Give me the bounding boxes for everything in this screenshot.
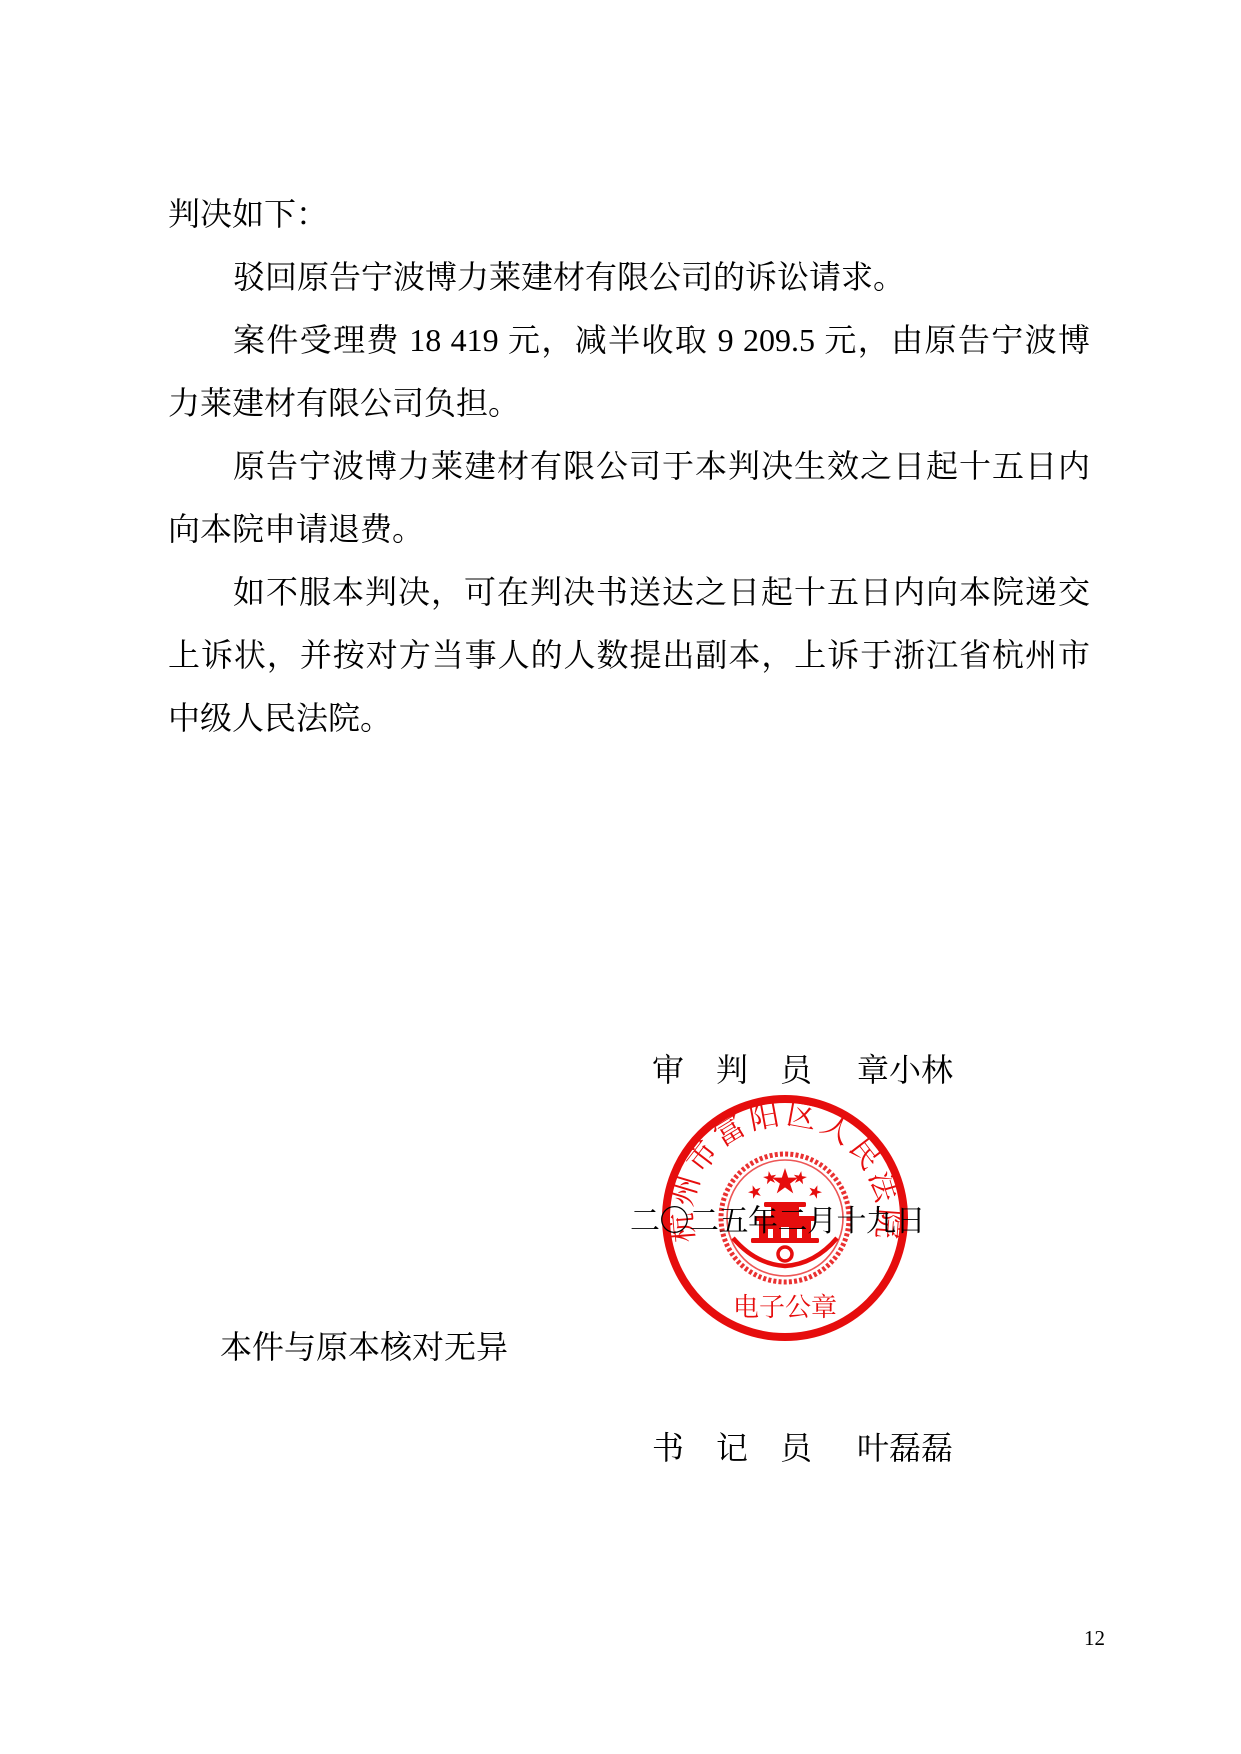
judgment-date: 二〇二五年二月十九日	[630, 1196, 925, 1240]
clerk-label: 书 记 员	[652, 1430, 812, 1466]
body-line: 力莱建材有限公司负担。	[168, 372, 1090, 435]
body-line: 驳回原告宁波博力莱建材有限公司的诉讼请求。	[168, 246, 1090, 309]
body-line: 向本院申请退费。	[168, 498, 1090, 561]
verification-note: 本件与原本核对无异	[220, 1322, 508, 1368]
clerk-name: 叶磊磊	[857, 1430, 953, 1466]
body-line: 判决如下：	[168, 183, 1090, 246]
judgment-body: 判决如下： 驳回原告宁波博力莱建材有限公司的诉讼请求。 案件受理费 18 419…	[168, 183, 1090, 750]
body-line: 中级人民法院。	[168, 687, 1090, 750]
clerk-signature-row: 书 记 员叶磊磊	[620, 1386, 953, 1506]
page-number: 12	[1084, 1626, 1105, 1651]
body-line: 如不服本判决，可在判决书送达之日起十五日内向本院递交	[168, 561, 1090, 624]
seal-bottom-text: 电子公章	[733, 1293, 837, 1322]
body-line: 原告宁波博力莱建材有限公司于本判决生效之日起十五日内	[168, 435, 1090, 498]
judge-label: 审 判 员	[652, 1052, 812, 1088]
judgment-document-page: 判决如下： 驳回原告宁波博力莱建材有限公司的诉讼请求。 案件受理费 18 419…	[0, 0, 1241, 1754]
body-line: 上诉状，并按对方当事人的人数提出副本，上诉于浙江省杭州市	[168, 624, 1090, 687]
judge-signature-row: 审 判 员章小林	[620, 1008, 953, 1128]
body-line: 案件受理费 18 419 元，减半收取 9 209.5 元，由原告宁波博	[168, 309, 1090, 372]
judge-name: 章小林	[857, 1052, 953, 1088]
